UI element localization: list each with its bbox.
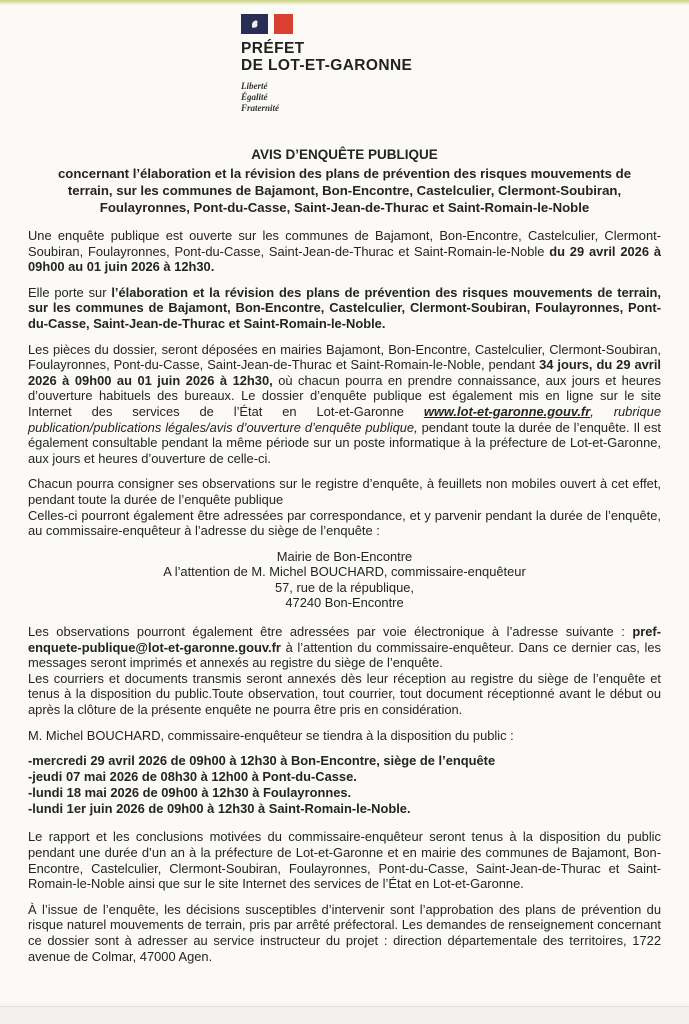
notice-subtitle: concernant l’élaboration et la révision … bbox=[45, 165, 645, 216]
paragraph-correspondance: Celles-ci pourront également être adress… bbox=[28, 508, 661, 539]
paragraph-issue: À l’issue de l’enquête, les décisions su… bbox=[28, 902, 661, 964]
flag-red-block bbox=[274, 14, 293, 34]
paragraph-dossier: Les pièces du dossier, seront déposées e… bbox=[28, 342, 661, 467]
schedule-line-4: -lundi 1er juin 2026 de 09h00 à 12h30 à … bbox=[28, 801, 661, 817]
schedule-line-2: -jeudi 07 mai 2026 de 08h30 à 12h00 à Po… bbox=[28, 769, 661, 785]
paragraph-email: Les observations pourront également être… bbox=[28, 624, 661, 671]
notice-heading: AVIS D’ENQUÊTE PUBLIQUE bbox=[0, 147, 689, 162]
siege-address-block: Mairie de Bon-Encontre A l’attention de … bbox=[28, 549, 661, 611]
prefecture-name-line2: DE LOT-ET-GARONNE bbox=[241, 57, 412, 74]
motto-egalite: Égalité bbox=[241, 92, 412, 103]
permanences-schedule: -mercredi 29 avril 2026 de 09h00 à 12h30… bbox=[28, 753, 661, 816]
paragraph-permanences-intro: M. Michel BOUCHARD, commissaire-enquêteu… bbox=[28, 728, 661, 744]
scanned-public-notice-page: PRÉFET DE LOT-ET-GARONNE Liberté Égalité… bbox=[0, 0, 689, 1024]
motto-liberte: Liberté bbox=[241, 81, 412, 92]
scan-bottom-edge bbox=[0, 1006, 689, 1024]
paragraph-courriers: Les courriers et documents transmis sero… bbox=[28, 671, 661, 718]
motto-fraternite: Fraternité bbox=[241, 103, 412, 114]
paragraph-rapport: Le rapport et les conclusions motivées d… bbox=[28, 829, 661, 891]
prefecture-name-line1: PRÉFET bbox=[241, 40, 412, 57]
paragraph-opening: Une enquête publique est ouverte sur les… bbox=[28, 228, 661, 275]
republic-motto: Liberté Égalité Fraternité bbox=[241, 81, 412, 114]
address-line-mairie: Mairie de Bon-Encontre bbox=[28, 549, 661, 565]
address-line-ville: 47240 Bon-Encontre bbox=[28, 595, 661, 611]
prefecture-name: PRÉFET DE LOT-ET-GARONNE bbox=[241, 40, 412, 74]
address-line-rue: 57, rue de la république, bbox=[28, 580, 661, 596]
schedule-line-3: -lundi 18 mai 2026 de 09h00 à 12h30 à Fo… bbox=[28, 785, 661, 801]
schedule-line-1: -mercredi 29 avril 2026 de 09h00 à 12h30… bbox=[28, 753, 661, 769]
paragraph-objet: Elle porte sur l’élaboration et la révis… bbox=[28, 285, 661, 332]
french-flag-icon bbox=[241, 14, 412, 34]
notice-body: Une enquête publique est ouverte sur les… bbox=[28, 228, 661, 964]
paragraph-registre: Chacun pourra consigner ses observations… bbox=[28, 476, 661, 507]
marianne-profile-icon bbox=[247, 16, 263, 32]
flag-navy-block bbox=[241, 14, 268, 34]
prefecture-header: PRÉFET DE LOT-ET-GARONNE Liberté Égalité… bbox=[241, 14, 412, 114]
scan-top-edge bbox=[0, 0, 689, 5]
address-line-attention: A l’attention de M. Michel BOUCHARD, com… bbox=[28, 564, 661, 580]
